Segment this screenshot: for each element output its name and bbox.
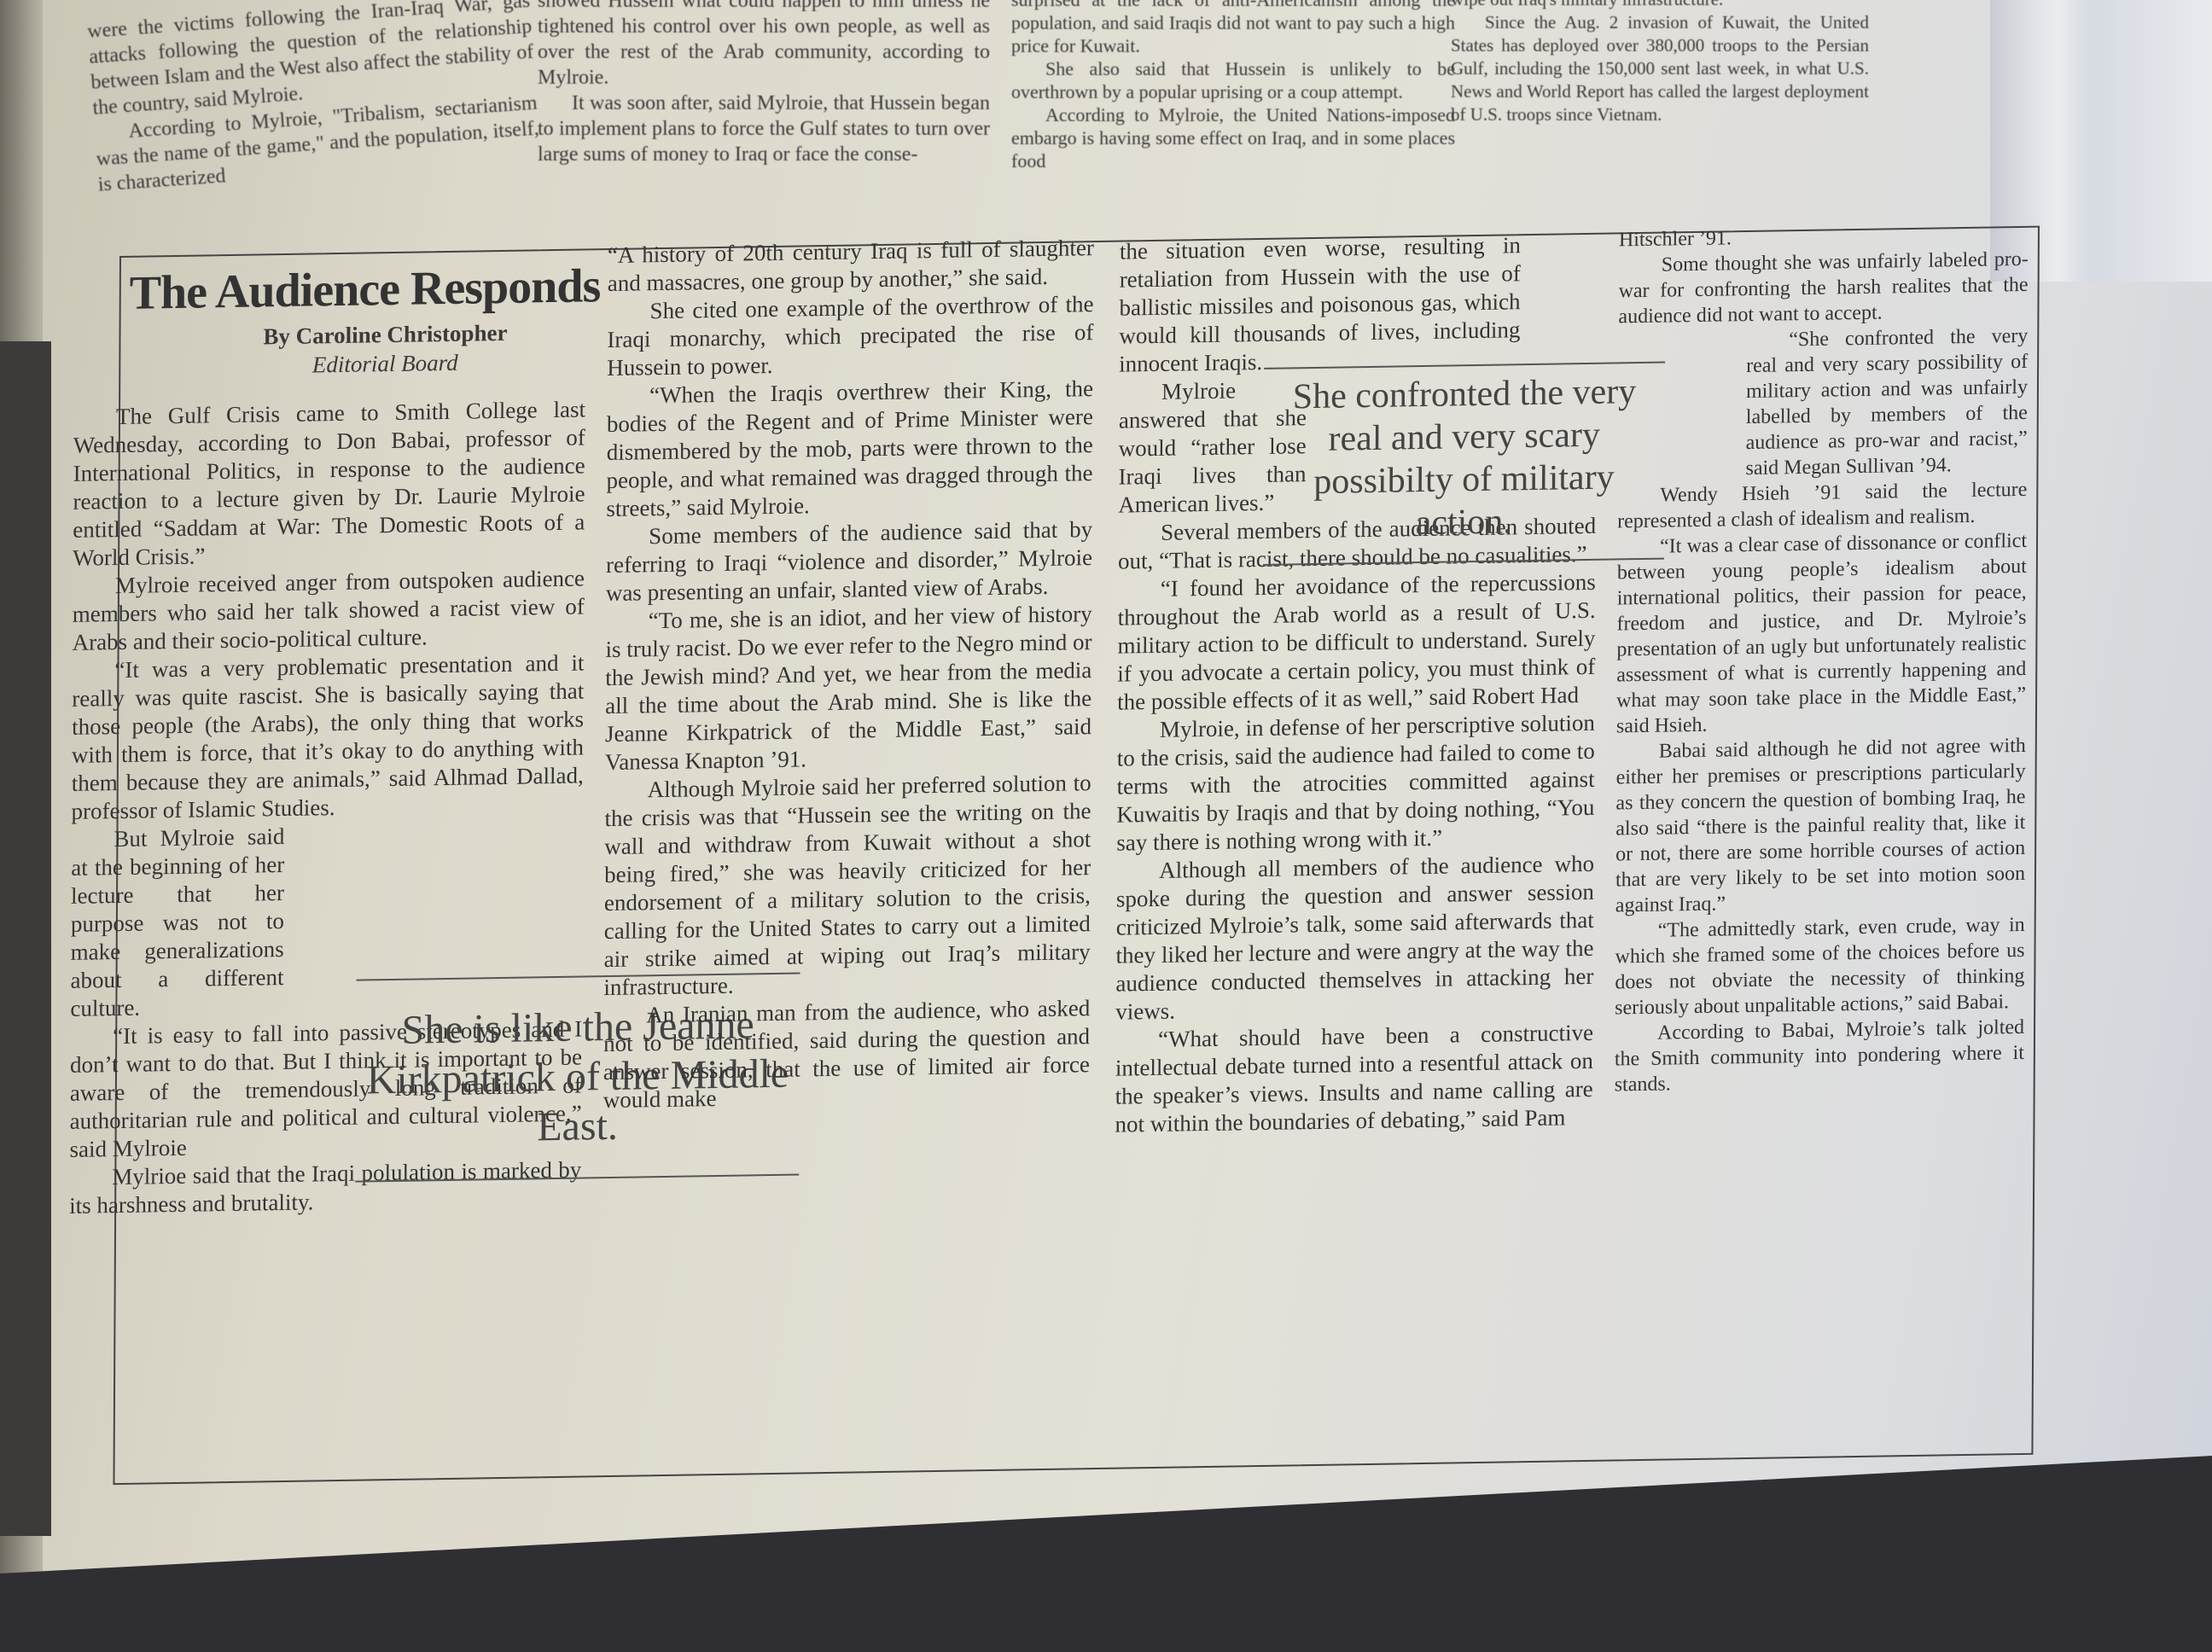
article-paragraph: “To me, she is an idiot, and her view of… bbox=[605, 600, 1092, 777]
article-paragraph: Although Mylroie said her preferred solu… bbox=[603, 769, 1091, 1002]
table-surface bbox=[0, 1456, 2212, 1652]
article-paragraph: Some members of the audience said that b… bbox=[606, 515, 1093, 608]
prev-paragraph: She also said that Hussein is unlikely t… bbox=[1011, 57, 1455, 103]
prev-paragraph: Since the Aug. 2 invasion of Kuwait, the… bbox=[1451, 11, 1869, 126]
prev-paragraph: wipe out Iraq's military infrastructure. bbox=[1451, 0, 1869, 11]
pull-quote-2: She confronted the very real and very sc… bbox=[1263, 362, 1665, 566]
article-paragraph: the situation even worse, resulting in r… bbox=[1119, 231, 1521, 378]
previous-article-fragment: were the victims following the Iran-Iraq… bbox=[51, 0, 1886, 222]
article-paragraph: “It was a very problematic presentation … bbox=[72, 649, 585, 825]
article-paragraph: “When the Iraqis overthrew their King, t… bbox=[606, 375, 1093, 523]
article-paragraph: “A history of 20th century Iraq is full … bbox=[608, 234, 1094, 298]
article-column-4: Hitschler ’91. Some thought she was unfa… bbox=[1615, 221, 2029, 1098]
prev-column-1: were the victims following the Iran-Iraq… bbox=[86, 0, 541, 198]
byline: By Caroline Christopher Editorial Board bbox=[189, 317, 581, 381]
article-paragraph: Mylroie, in defense of her perscriptive … bbox=[1116, 709, 1595, 858]
article-paragraph: “She confronted the very real and very s… bbox=[1745, 323, 2028, 481]
article-paragraph: “What should have been a constructive in… bbox=[1115, 1019, 1593, 1139]
article-paragraph: An Iranian man from the audience, who as… bbox=[603, 994, 1091, 1114]
byline-role: Editorial Board bbox=[189, 346, 581, 381]
prev-paragraph: According to Mylroie, the United Nations… bbox=[1011, 103, 1455, 172]
article-paragraph: Some thought she was unfairly labeled pr… bbox=[1618, 247, 2028, 330]
article-paragraph: According to Babai, Mylroie’s talk jolte… bbox=[1615, 1015, 2024, 1098]
article-paragraph: “The admittedly stark, even crude, way i… bbox=[1615, 912, 2025, 1021]
newspaper-page: were the victims following the Iran-Iraq… bbox=[0, 0, 2212, 1652]
pull-quote-text: She confronted the very real and very sc… bbox=[1293, 372, 1637, 543]
prev-column-4: wipe out Iraq's military infrastructure.… bbox=[1451, 0, 1869, 126]
article-paragraph: “It was a clear case of dissonance or co… bbox=[1616, 528, 2027, 740]
article-headline: The Audience Responds bbox=[130, 259, 601, 321]
left-shaded-band bbox=[0, 341, 51, 1536]
article-paragraph: Although all members of the audience who… bbox=[1115, 850, 1594, 1027]
prev-paragraph: showed Hussein what could happen to him … bbox=[538, 0, 990, 90]
article-paragraph: The Gulf Crisis came to Smith College la… bbox=[73, 395, 585, 572]
prev-column-2: showed Hussein what could happen to him … bbox=[538, 0, 990, 167]
article-paragraph: “I found her avoidance of the repercussi… bbox=[1117, 568, 1596, 717]
prev-paragraph: It was soon after, said Mylroie, that Hu… bbox=[538, 90, 990, 167]
article-paragraph: Wendy Hsieh ’91 said the lecture represe… bbox=[1617, 477, 2027, 535]
prev-paragraph: surprised at the lack of anti-Americanis… bbox=[1011, 0, 1455, 57]
article-box: The Audience Responds By Caroline Christ… bbox=[113, 226, 2040, 1485]
article-paragraph: She cited one example of the overthrow o… bbox=[607, 290, 1094, 382]
article-column-2: “A history of 20th century Iraq is full … bbox=[603, 234, 1094, 1114]
prev-column-3: surprised at the lack of anti-Americanis… bbox=[1011, 0, 1455, 172]
article-paragraph: Mylroie received anger from outspoken au… bbox=[73, 564, 585, 656]
article-paragraph: Babai said although he did not agree wit… bbox=[1615, 733, 2026, 919]
article-paragraph: But Mylroie said at the beginning of her… bbox=[70, 823, 284, 1023]
